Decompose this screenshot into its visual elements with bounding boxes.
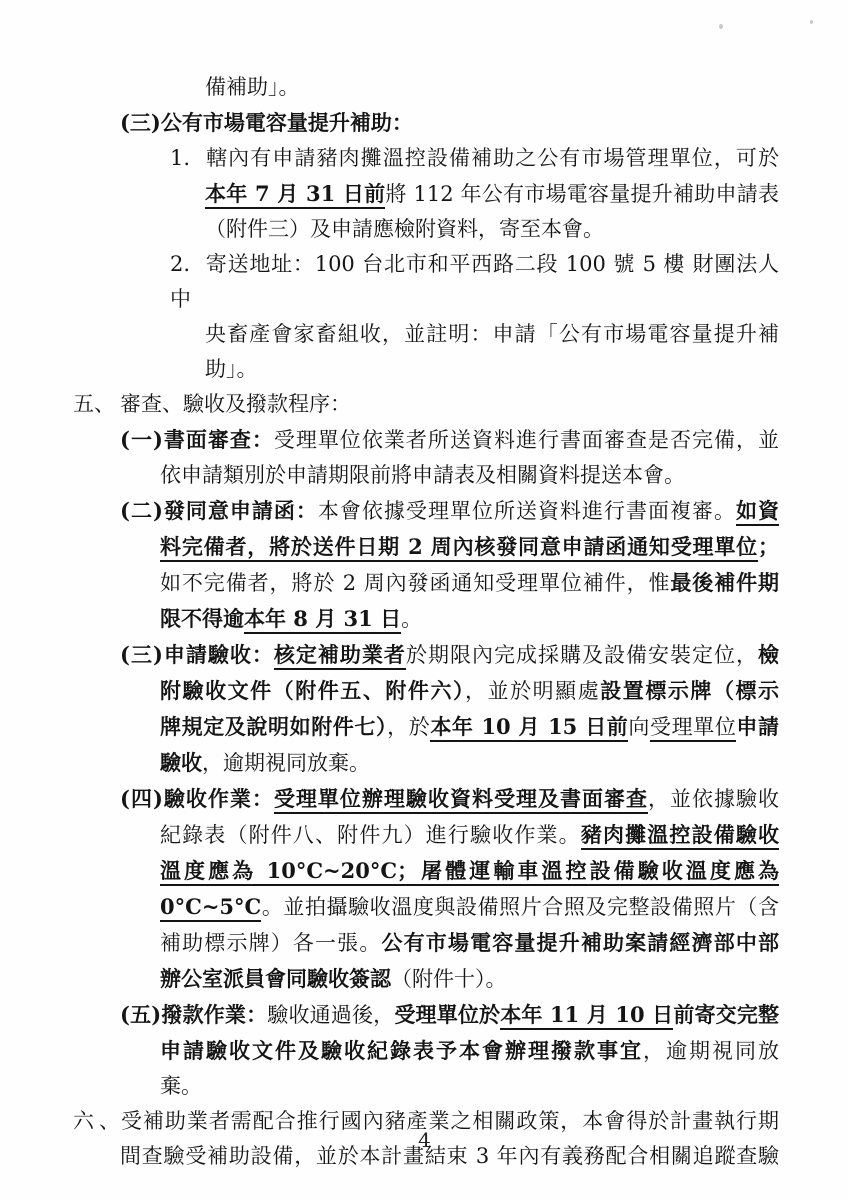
text-run: (五)撥款作業： (120, 1002, 267, 1027)
list-marker: 1. (170, 141, 205, 176)
document-line: 棄。 (160, 1069, 779, 1104)
document-line: (三)申請驗收：核定補助業者於期限內完成採購及設備安裝定位，檢 (120, 637, 779, 673)
document-line: 央畜產會家畜組收，並註明：申請「公有市場電容量提升補 (205, 317, 779, 352)
document-line: 五、審查、驗收及撥款程序： (73, 387, 779, 422)
text-run: ，逾期視同放棄。 (202, 751, 370, 775)
document-line: 紀錄表（附件八、附件九）進行驗收作業。豬肉攤溫控設備驗收 (160, 817, 779, 853)
text-run: ，逾期視同放 (643, 1039, 779, 1063)
text-run: 核定補助業者 (274, 642, 406, 670)
text-run: 將 112 年公有市場電容量提升補助申請表 (385, 182, 779, 206)
list-marker: 2. (170, 247, 205, 282)
text-run: 本會依據受理單位所送資料進行書面複審。 (318, 499, 736, 523)
document-line: 0°C~5°C。並拍攝驗收溫度與設備照片合照及完整設備照片（含 (160, 889, 779, 925)
document-line: 驗收，逾期視同放棄。 (160, 745, 779, 781)
scan-artifact (810, 20, 813, 24)
document-line: 補助標示牌）各一張。公有市場電容量提升補助案請經濟部中部 (160, 925, 779, 961)
text-run: 限不得逾 (160, 606, 244, 631)
text-run: 審查、驗收及撥款程序： (120, 392, 351, 416)
text-run: 前寄交完整 (673, 1002, 779, 1027)
document-line: 料完備者，將於送件日期 2 周內核發同意申請函通知受理單位； (160, 529, 779, 565)
text-run: （附件十）。 (391, 967, 507, 991)
document-line: 本年 7 月 31 日前將 112 年公有市場電容量提升補助申請表 (205, 176, 779, 212)
text-run: 設置標示牌（標示 (600, 678, 779, 703)
text-run: (三)公有市場電容量提升補助： (120, 110, 413, 135)
text-run: 檢 (758, 642, 779, 667)
text-run: (三)申請驗收： (120, 642, 274, 667)
document-line: 2.寄送地址：100 台北市和平西路二段 100 號 5 樓 財團法人中 (170, 247, 779, 317)
text-run: 。並拍攝驗收溫度與設備照片合照及完整設備照片（含 (261, 895, 779, 919)
text-run: 最後補件期 (670, 570, 779, 595)
text-run: (一)書面審查： (120, 427, 274, 452)
text-run: 依申請類別於申請期限前將申請表及相關資料提送本會。 (160, 463, 685, 487)
text-run: 公有市場電容量提升補助案請經濟部中部 (381, 930, 779, 955)
text-run: 受理單位 (650, 715, 736, 742)
document-body: 備補助」。(三)公有市場電容量提升補助：1.轄內有申請豬肉攤溫控設備補助之公有市… (0, 0, 849, 1174)
text-run: 轄內有申請豬肉攤溫控設備補助之公有市場管理單位，可於 (205, 146, 779, 170)
document-line: 如不完備者，將於 2 周內發函通知受理單位補件，惟最後補件期 (160, 565, 779, 601)
text-run: 辦公室派員會同驗收簽認 (160, 966, 391, 991)
text-run: 備補助」。 (205, 75, 300, 99)
text-run: ，於 (387, 715, 430, 739)
document-line: 辦公室派員會同驗收簽認（附件十）。 (160, 961, 779, 997)
text-run: (二)發同意申請函： (120, 498, 318, 523)
text-run: 附驗收文件（附件五、附件六） (160, 678, 465, 703)
text-run: 本年 10 月 15 日前 (430, 714, 628, 742)
document-line: 附驗收文件（附件五、附件六），並於明顯處設置標示牌（標示 (160, 673, 779, 709)
text-run: 補助標示牌）各一張。 (160, 931, 381, 955)
text-run: 受理單位辦理驗收資料受理及書面審查 (274, 786, 648, 814)
document-line: (一)書面審查：受理單位依業者所送資料進行書面審查是否完備，並 (120, 422, 779, 458)
text-run: 料完備者，將於送件日期 2 周內核發同意申請函通知受理單位 (160, 534, 758, 562)
document-line: 限不得逾本年 8 月 31 日。 (160, 601, 779, 637)
text-run: 本年 11 月 10 日 (500, 1002, 673, 1030)
text-run: 受理單位於 (394, 1002, 500, 1027)
document-line: 溫度應為 10°C~20°C；屠體運輸車溫控設備驗收溫度應為 (160, 853, 779, 889)
text-run: 申請驗收文件及驗收紀錄表予本會辦理撥款事宜 (160, 1038, 643, 1063)
text-run: (四)驗收作業： (120, 786, 274, 811)
text-run: 如資 (736, 498, 779, 526)
document-line: 申請驗收文件及驗收紀錄表予本會辦理撥款事宜，逾期視同放 (160, 1033, 779, 1069)
document-line: 牌規定及說明如附件七），於本年 10 月 15 日前向受理單位申請 (160, 709, 779, 745)
document-line: 助」。 (205, 352, 779, 387)
text-run: 驗收通過後， (267, 1003, 394, 1027)
document-line: 備補助」。 (205, 70, 779, 105)
document-line: (二)發同意申請函：本會依據受理單位所送資料進行書面複審。如資 (120, 493, 779, 529)
text-run: 本年 7 月 31 日前 (205, 181, 385, 209)
text-run: 0°C~5°C (160, 894, 261, 922)
text-run: 申請 (736, 714, 779, 739)
text-run: 於期限內完成採購及設備安裝定位， (406, 643, 758, 667)
text-run: 棄。 (160, 1074, 202, 1098)
text-run: 驗收 (160, 750, 202, 775)
text-run: 向 (628, 715, 650, 739)
text-run: 豬肉攤溫控設備驗收 (581, 822, 779, 850)
text-run: 牌規定及說明如附件七） (160, 714, 387, 739)
text-run: 溫度應為 10°C~20°C；屠體運輸車溫控設備驗收溫度應為 (160, 858, 779, 886)
document-line: 1.轄內有申請豬肉攤溫控設備補助之公有市場管理單位，可於 (170, 141, 779, 176)
document-line: （附件三）及申請應檢附資料，寄至本會。 (205, 212, 779, 247)
text-run: 助」。 (205, 357, 258, 381)
text-run: 本年 8 月 31 日 (244, 606, 401, 634)
text-run: 。 (401, 607, 422, 631)
document-line: 依申請類別於申請期限前將申請表及相關資料提送本會。 (160, 458, 779, 493)
scan-artifact (719, 24, 723, 29)
text-run: ； (758, 534, 779, 559)
text-run: 如不完備者，將於 2 周內發函通知受理單位補件，惟 (160, 571, 670, 595)
list-marker: 五、 (73, 387, 120, 422)
text-run: ，並依據驗收 (648, 787, 779, 811)
text-run: （附件三）及申請應檢附資料，寄至本會。 (205, 217, 604, 241)
text-run: 受理單位依業者所送資料進行書面審查是否完備，並 (274, 428, 779, 452)
document-line: (三)公有市場電容量提升補助： (120, 105, 779, 141)
text-run: 寄送地址：100 台北市和平西路二段 100 號 5 樓 財團法人中 (170, 252, 779, 311)
text-run: 央畜產會家畜組收，並註明：申請「公有市場電容量提升補 (205, 322, 779, 346)
text-run: ，並於明顯處 (465, 679, 600, 703)
document-line: (五)撥款作業：驗收通過後，受理單位於本年 11 月 10 日前寄交完整 (120, 997, 779, 1033)
document-page: 備補助」。(三)公有市場電容量提升補助：1.轄內有申請豬肉攤溫控設備補助之公有市… (0, 0, 849, 1200)
text-run: 紀錄表（附件八、附件九）進行驗收作業。 (160, 823, 581, 847)
document-line: (四)驗收作業：受理單位辦理驗收資料受理及書面審查，並依據驗收 (120, 781, 779, 817)
page-number: 4 (0, 1128, 849, 1152)
